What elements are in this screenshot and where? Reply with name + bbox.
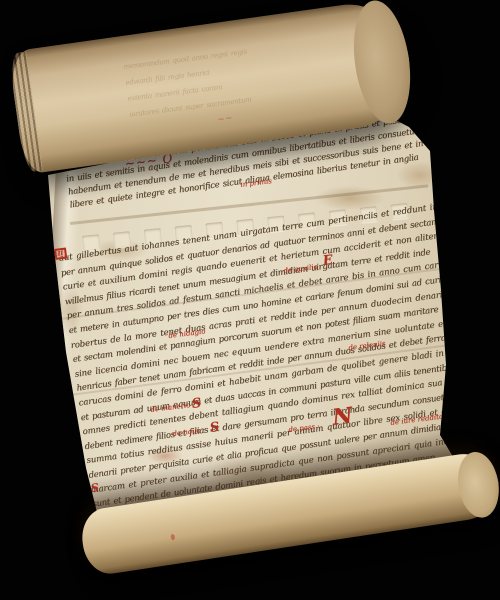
red-ink-trace: ∼∼: [217, 113, 233, 125]
roll-layered-end: [8, 51, 43, 172]
rubric-initial-e: E: [322, 253, 334, 269]
rubric-initial-s: S: [191, 396, 202, 412]
red-wax-speck: [170, 534, 175, 541]
scroll-photograph: dedit et concessit in perpetuam elemosin…: [0, 0, 500, 600]
rubric-initial-s: S: [90, 481, 99, 495]
roll-end-cap: [347, 0, 418, 127]
rubric-initial-n: N: [331, 403, 354, 431]
roll-end-cap: [454, 449, 500, 520]
rubric-paragraph-mark: II: [54, 248, 67, 260]
show-through-text: memorandum quod anno regni regis edwardi…: [123, 44, 254, 123]
rubric-initial-s: S: [209, 420, 220, 436]
